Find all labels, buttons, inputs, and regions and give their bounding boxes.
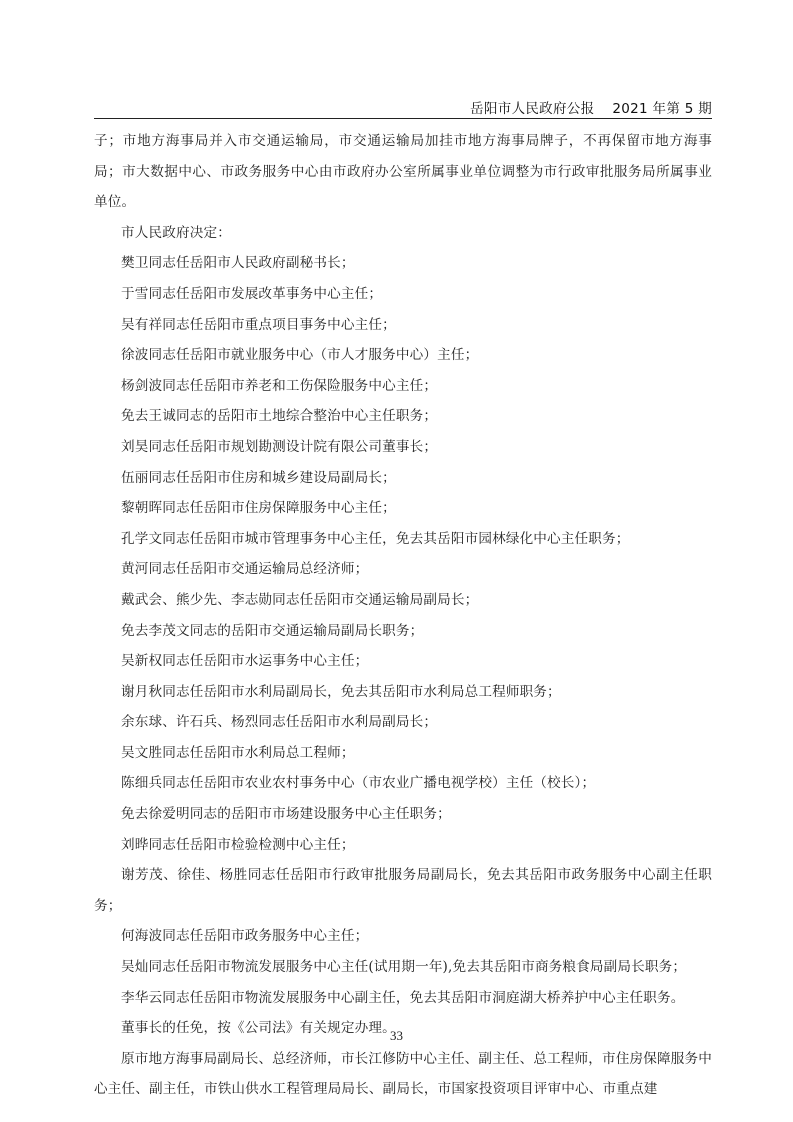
paragraph: 市人民政府决定： [94, 218, 712, 249]
paragraph: 免去王诚同志的岳阳市土地综合整治中心主任职务； [94, 401, 712, 432]
paragraph: 陈细兵同志任岳阳市农业农村事务中心（市农业广播电视学校）主任（校长）； [94, 768, 712, 799]
running-header: 岳阳市人民政府公报2021 年第 5 期 [94, 97, 712, 117]
paragraph: 戴武会、熊少先、李志勋同志任岳阳市交通运输局副局长； [94, 585, 712, 616]
paragraph: 吴新权同志任岳阳市水运事务中心主任； [94, 646, 712, 677]
document-body: 子；市地方海事局并入市交通运输局，市交通运输局加挂市地方海事局牌子，不再保留市地… [94, 126, 712, 1105]
paragraph: 谢月秋同志任岳阳市水利局副局长，免去其岳阳市水利局总工程师职务； [94, 677, 712, 708]
paragraph: 黎朝晖同志任岳阳市住房保障服务中心主任； [94, 493, 712, 524]
page-number: 33 [0, 1028, 793, 1044]
paragraph: 黄河同志任岳阳市交通运输局总经济师； [94, 554, 712, 585]
paragraph: 刘晔同志任岳阳市检验检测中心主任； [94, 830, 712, 861]
paragraph: 何海波同志任岳阳市政务服务中心主任； [94, 921, 712, 952]
paragraph: 伍丽同志任岳阳市住房和城乡建设局副局长； [94, 463, 712, 494]
paragraph: 刘昊同志任岳阳市规划勘测设计院有限公司董事长； [94, 432, 712, 463]
paragraph: 吴有祥同志任岳阳市重点项目事务中心主任； [94, 310, 712, 341]
paragraph: 李华云同志任岳阳市物流发展服务中心副主任，免去其岳阳市洞庭湖大桥养护中心主任职务… [94, 983, 712, 1014]
paragraph: 吴灿同志任岳阳市物流发展服务中心主任(试用期一年),免去其岳阳市商务粮食局副局长… [94, 952, 712, 983]
paragraph: 杨剑波同志任岳阳市养老和工伤保险服务中心主任； [94, 371, 712, 402]
paragraph: 樊卫同志任岳阳市人民政府副秘书长； [94, 248, 712, 279]
paragraph: 谢芳茂、徐佳、杨胜同志任岳阳市行政审批服务局副局长，免去其岳阳市政务服务中心副主… [94, 860, 712, 921]
issue-number: 2021 年第 5 期 [612, 101, 712, 117]
publication-title: 岳阳市人民政府公报 [470, 101, 594, 117]
paragraph: 子；市地方海事局并入市交通运输局，市交通运输局加挂市地方海事局牌子，不再保留市地… [94, 126, 712, 218]
paragraph: 免去徐爱明同志的岳阳市市场建设服务中心主任职务； [94, 799, 712, 830]
paragraph: 徐波同志任岳阳市就业服务中心（市人才服务中心）主任； [94, 340, 712, 371]
paragraph: 原市地方海事局副局长、总经济师，市长江修防中心主任、副主任、总工程师，市住房保障… [94, 1044, 712, 1105]
paragraph: 于雪同志任岳阳市发展改革事务中心主任； [94, 279, 712, 310]
paragraph: 免去李茂文同志的岳阳市交通运输局副局长职务； [94, 616, 712, 647]
paragraph: 余东球、许石兵、杨烈同志任岳阳市水利局副局长； [94, 707, 712, 738]
paragraph: 吴文胜同志任岳阳市水利局总工程师； [94, 738, 712, 769]
header-rule [94, 118, 712, 119]
paragraph: 孔学文同志任岳阳市城市管理事务中心主任，免去其岳阳市园林绿化中心主任职务； [94, 524, 712, 555]
